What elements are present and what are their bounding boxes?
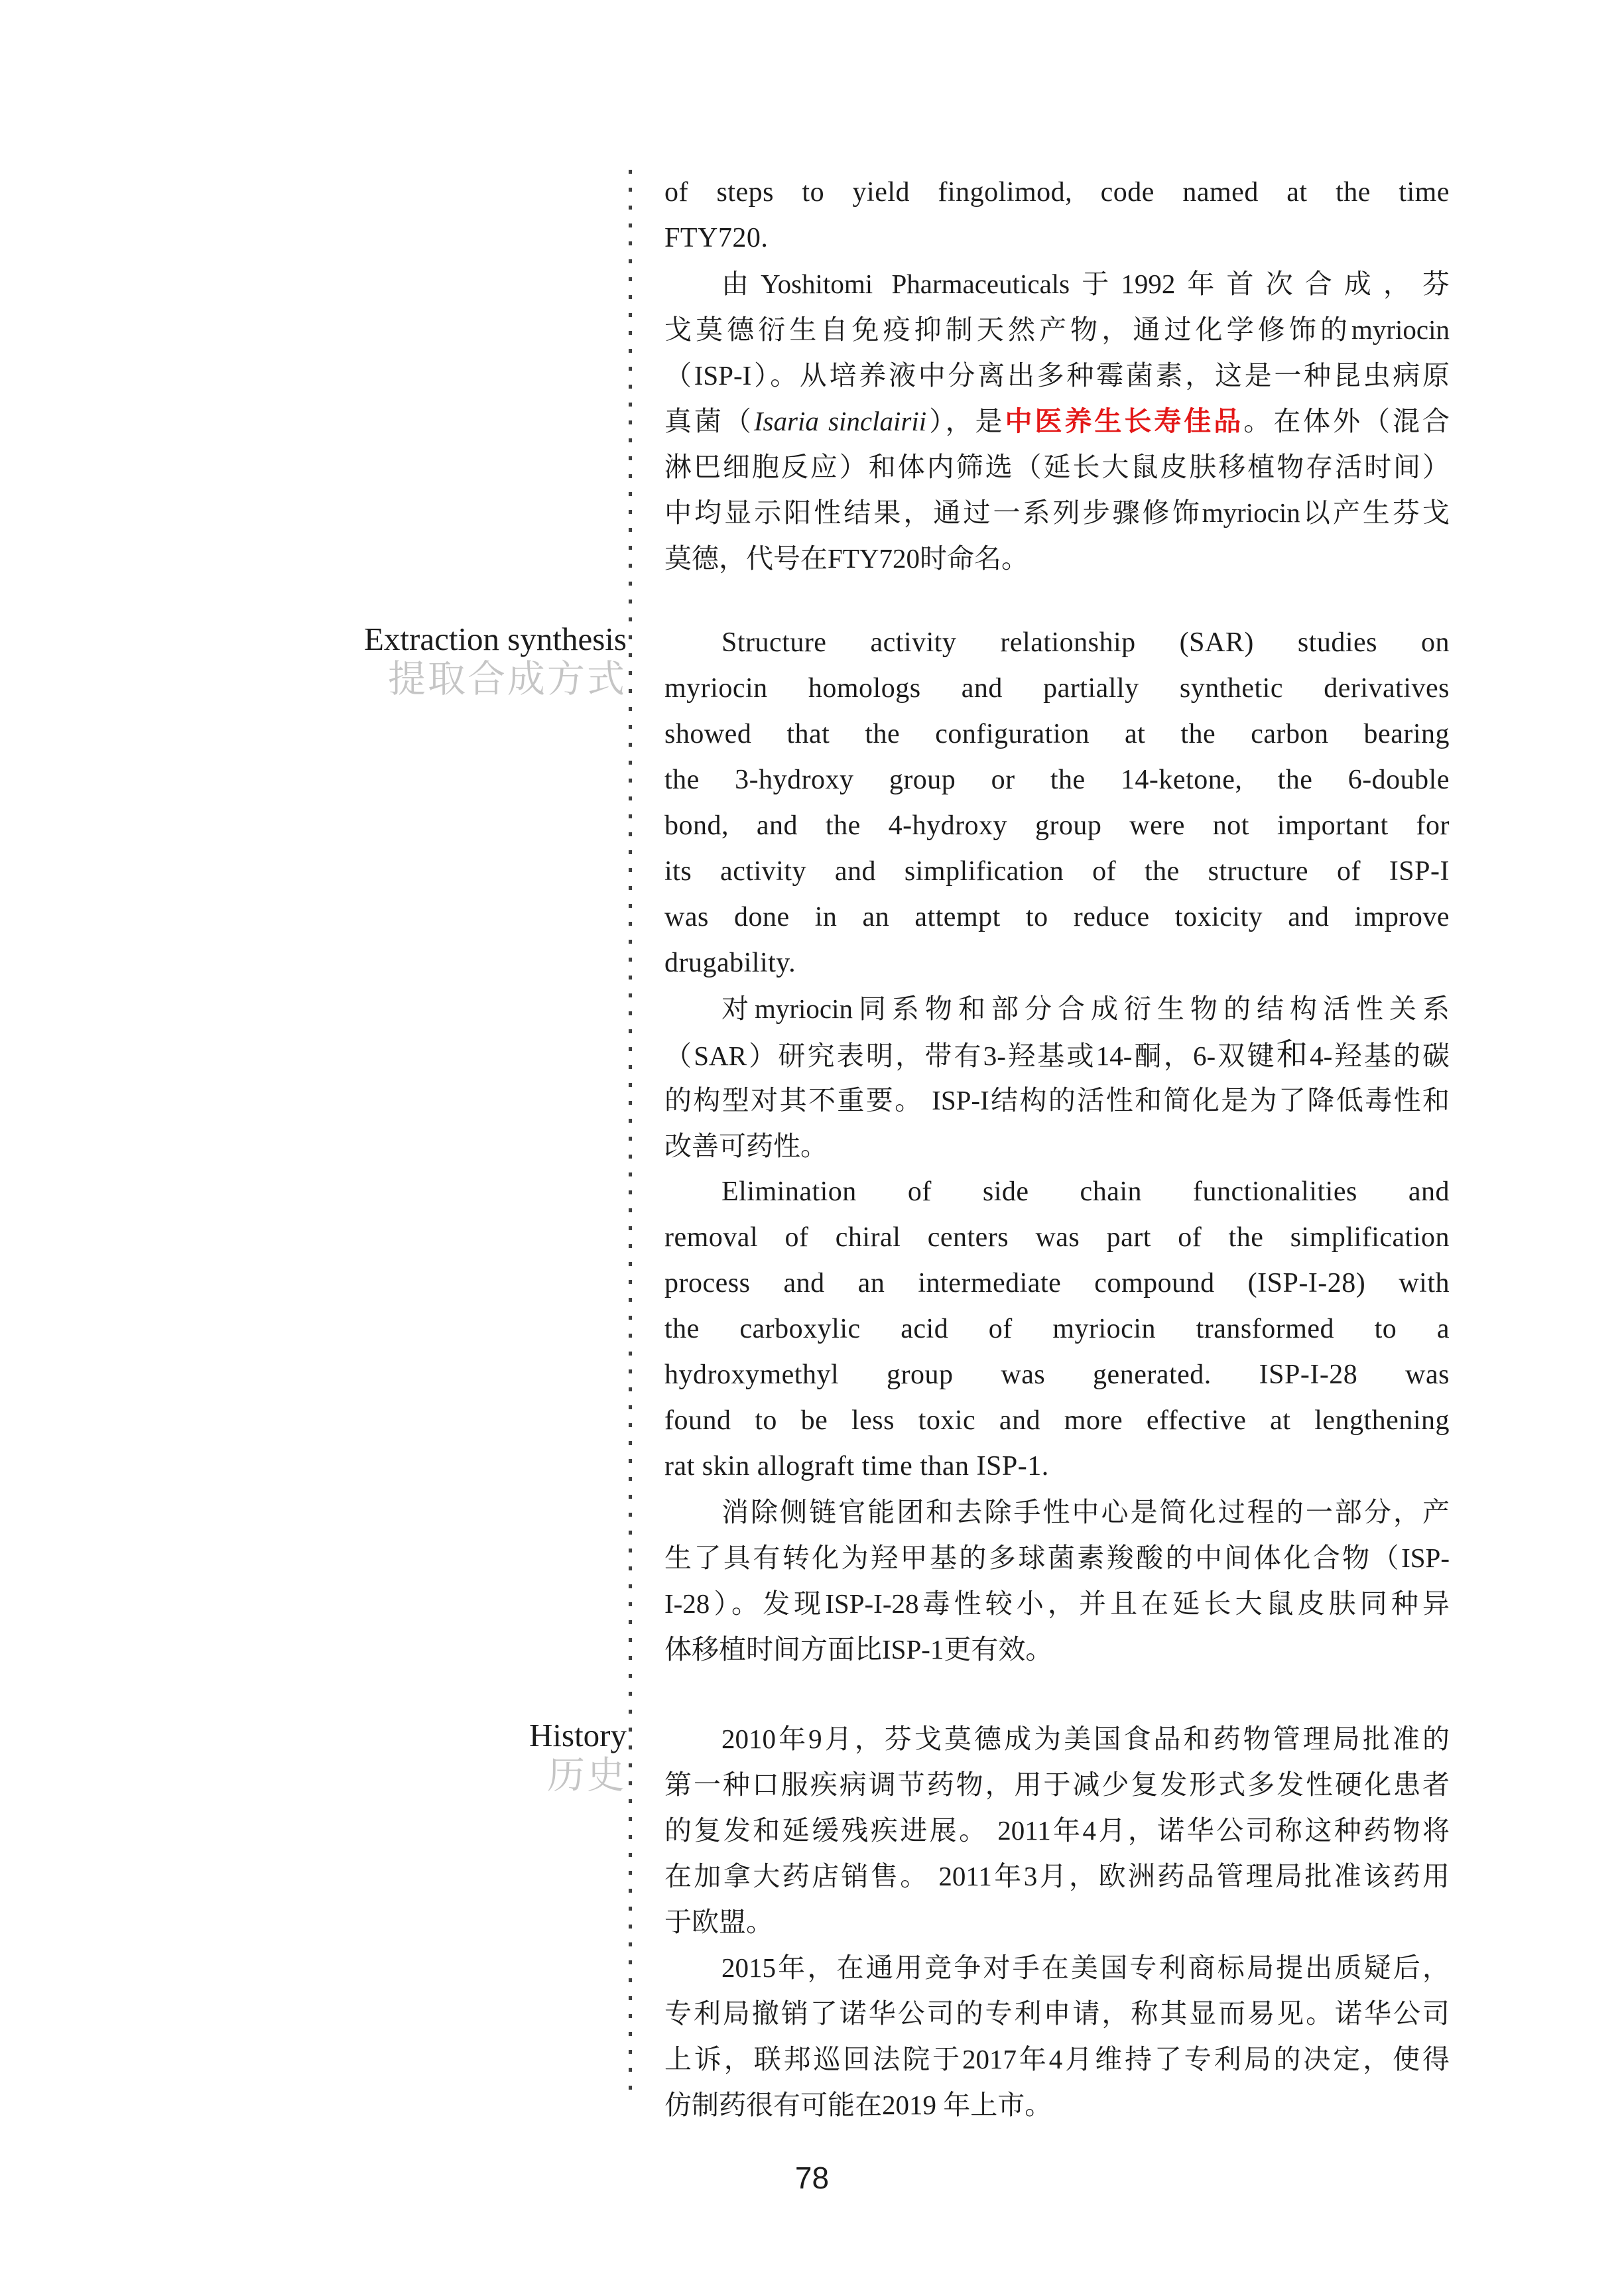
text-run: Elimination of side chain functionalitie… — [721, 1176, 1450, 1207]
text-run: 戈莫德衍生自免疫抑制天然产物，通过化学修饰的myriocin — [664, 314, 1450, 345]
text-run: 消除侧链官能团和去除手性中心是简化过程的一部分，产 — [721, 1497, 1450, 1527]
text-run: 改善可药性。 — [664, 1131, 828, 1161]
text-run: 对myriocin同系物和部分合成衍生物的结构活性关系 — [721, 993, 1450, 1024]
text-line: FTY720. — [664, 216, 1450, 261]
section-label-extraction-zh: 提取合成方式 — [96, 659, 627, 701]
text-run: 。在体外（混合 — [1243, 406, 1450, 436]
text-run: I-28）。发现ISP-I-28毒性较小，并且在延长大鼠皮肤同种异 — [664, 1588, 1450, 1619]
text-run: （ISP-I）。从培养液中分离出多种霉菌素，这是一种昆虫病原 — [664, 360, 1450, 391]
text-line: rat skin allograft time than ISP-1. — [664, 1444, 1450, 1489]
text-line: myriocin homologs and partially syntheti… — [664, 666, 1450, 712]
text-line: Elimination of side chain functionalitie… — [664, 1169, 1450, 1215]
text-run: 第一种口服疾病调节药物，用于减少复发形式多发性硬化患者 — [664, 1769, 1450, 1800]
paragraph: 对myriocin同系物和部分合成衍生物的结构活性关系（SAR）研究表明，带有3… — [664, 986, 1450, 1169]
text-run: 淋巴细胞反应）和体内筛选（延长大鼠皮肤移植物存活时间） — [664, 452, 1450, 482]
text-line: （SAR）研究表明，带有3-羟基或14-酮，6-双键和4-羟基的碳 — [664, 1032, 1450, 1078]
paragraph: 消除侧链官能团和去除手性中心是简化过程的一部分，产生了具有转化为羟甲基的多球菌素… — [664, 1489, 1450, 1673]
text-line: 的复发和延缓残疾进展。 2011年4月，诺华公司称这种药物将 — [664, 1808, 1450, 1854]
highlighted-red-text: 中医养生长寿佳品 — [1005, 406, 1244, 436]
text-line: I-28）。发现ISP-I-28毒性较小，并且在延长大鼠皮肤同种异 — [664, 1581, 1450, 1627]
text-run: showed that the configuration at the car… — [664, 719, 1450, 749]
text-run: drugability. — [664, 948, 796, 978]
text-run: bond, and the 4-hydroxy group were not i… — [664, 810, 1450, 841]
paragraph: 由Yoshitomi Pharmaceuticals于1992年首次合成，芬戈莫… — [664, 261, 1450, 582]
text-run: 的构型对其不重要。 ISP-I结构的活性和简化是为了降低毒性和 — [664, 1085, 1450, 1115]
text-line: 莫德，代号在FTY720时命名。 — [664, 536, 1450, 582]
text-line: 改善可药性。 — [664, 1123, 1450, 1169]
text-run: the carboxylic acid of myriocin transfor… — [664, 1314, 1450, 1344]
paragraph: Structure activity relationship (SAR) st… — [664, 620, 1450, 986]
text-column: of steps to yield fingolimod, code named… — [664, 170, 1450, 2128]
section-label-history-en: History — [96, 1716, 627, 1755]
text-line: hydroxymethyl group was generated. ISP-I… — [664, 1352, 1450, 1398]
text-run: the 3-hydroxy group or the 14-ketone, th… — [664, 765, 1450, 795]
text-line: 生了具有转化为羟甲基的多球菌素羧酸的中间体化合物（ISP- — [664, 1535, 1450, 1581]
text-line: process and an intermediate compound (IS… — [664, 1261, 1450, 1306]
text-run: （SAR）研究表明，带有3-羟基或14-酮，6-双键 — [664, 1041, 1277, 1071]
text-line: 2015年，在通用竞争对手在美国专利商标局提出质疑后， — [664, 1945, 1450, 1991]
paragraph: of steps to yield fingolimod, code named… — [664, 170, 1450, 261]
text-run: of steps to yield fingolimod, code named… — [664, 177, 1450, 208]
text-run: 中均显示阳性结果，通过一系列步骤修饰myriocin以产生芬戈 — [664, 497, 1450, 528]
text-run: 在加拿大药店销售。 2011年3月，欧洲药品管理局批准该药用 — [664, 1861, 1450, 1891]
paragraph: 2015年，在通用竞争对手在美国专利商标局提出质疑后，专利局撤销了诺华公司的专利… — [664, 1945, 1450, 2128]
italic-species-name: Isaria sinclairii — [754, 406, 926, 436]
text-run: 上诉，联邦巡回法院于2017年4月维持了专利局的决定，使得 — [664, 2044, 1450, 2074]
text-run: 仿制药很有可能在2019 年上市。 — [664, 2090, 1052, 2120]
text-run: 2015年，在通用竞争对手在美国专利商标局提出质疑后， — [721, 1952, 1450, 1983]
text-line: the carboxylic acid of myriocin transfor… — [664, 1306, 1450, 1352]
section-label-extraction-en: Extraction synthesis — [96, 620, 627, 659]
text-line: 第一种口服疾病调节药物，用于减少复发形式多发性硬化患者 — [664, 1762, 1450, 1808]
section-label-extraction: Extraction synthesis 提取合成方式 — [96, 620, 627, 701]
text-line: found to be less toxic and more effectiv… — [664, 1398, 1450, 1444]
text-line: the 3-hydroxy group or the 14-ketone, th… — [664, 757, 1450, 803]
text-line: （ISP-I）。从培养液中分离出多种霉菌素，这是一种昆虫病原 — [664, 353, 1450, 399]
text-line: 的构型对其不重要。 ISP-I结构的活性和简化是为了降低毒性和 — [664, 1078, 1450, 1123]
text-run: hydroxymethyl group was generated. ISP-I… — [664, 1360, 1450, 1390]
text-line: 真菌（Isaria sinclairii），是中医养生长寿佳品。在体外（混合 — [664, 399, 1450, 444]
text-run: Structure activity relationship (SAR) st… — [721, 627, 1450, 658]
text-line: 2010年9月，芬戈莫德成为美国食品和药物管理局批准的 — [664, 1716, 1450, 1762]
text-run: 于欧盟。 — [664, 1907, 773, 1937]
text-line: 戈莫德衍生自免疫抑制天然产物，通过化学修饰的myriocin — [664, 307, 1450, 353]
text-line: 对myriocin同系物和部分合成衍生物的结构活性关系 — [664, 986, 1450, 1032]
text-line: drugability. — [664, 940, 1450, 986]
text-run: 莫德，代号在FTY720时命名。 — [664, 543, 1029, 574]
text-run: 由Yoshitomi Pharmaceuticals于1992年首次合成，芬 — [721, 269, 1450, 299]
text-run: its activity and simplification of the s… — [664, 856, 1450, 887]
text-run: process and an intermediate compound (IS… — [664, 1268, 1450, 1298]
text-run: ），是 — [926, 406, 1005, 436]
text-run: 专利局撤销了诺华公司的专利申请，称其显而易见。诺华公司 — [664, 1998, 1450, 2029]
text-line: 消除侧链官能团和去除手性中心是简化过程的一部分，产 — [664, 1489, 1450, 1535]
text-run: myriocin homologs and partially syntheti… — [664, 673, 1450, 704]
text-line: 淋巴细胞反应）和体内筛选（延长大鼠皮肤移植物存活时间） — [664, 444, 1450, 490]
text-line: 上诉，联邦巡回法院于2017年4月维持了专利局的决定，使得 — [664, 2037, 1450, 2082]
section-label-history-zh: 历史 — [96, 1755, 627, 1797]
text-line: 仿制药很有可能在2019 年上市。 — [664, 2082, 1450, 2128]
text-line: showed that the configuration at the car… — [664, 712, 1450, 757]
text-line: 于欧盟。 — [664, 1899, 1450, 1945]
text-run: 体移植时间方面比ISP-1更有效。 — [664, 1634, 1052, 1665]
page-number: 78 — [0, 2161, 1624, 2195]
text-run: 和 — [1277, 1037, 1310, 1073]
text-run: 生了具有转化为羟甲基的多球菌素羧酸的中间体化合物（ISP- — [664, 1543, 1450, 1573]
text-line: 在加拿大药店销售。 2011年3月，欧洲药品管理局批准该药用 — [664, 1854, 1450, 1899]
text-run: FTY720. — [664, 223, 768, 253]
text-line: was done in an attempt to reduce toxicit… — [664, 895, 1450, 940]
paragraph: 2010年9月，芬戈莫德成为美国食品和药物管理局批准的第一种口服疾病调节药物，用… — [664, 1716, 1450, 1945]
text-line: of steps to yield fingolimod, code named… — [664, 170, 1450, 216]
text-run: removal of chiral centers was part of th… — [664, 1222, 1450, 1253]
document-page: Extraction synthesis 提取合成方式 History 历史 o… — [0, 0, 1624, 2278]
text-line: 由Yoshitomi Pharmaceuticals于1992年首次合成，芬 — [664, 261, 1450, 307]
text-run: 真菌（ — [664, 406, 754, 436]
text-line: 中均显示阳性结果，通过一系列步骤修饰myriocin以产生芬戈 — [664, 490, 1450, 536]
vertical-dotted-divider — [629, 170, 632, 2096]
text-run: was done in an attempt to reduce toxicit… — [664, 902, 1450, 932]
text-line: bond, and the 4-hydroxy group were not i… — [664, 803, 1450, 849]
text-run: 的复发和延缓残疾进展。 2011年4月，诺华公司称这种药物将 — [664, 1815, 1450, 1846]
text-line: 体移植时间方面比ISP-1更有效。 — [664, 1627, 1450, 1673]
text-line: Structure activity relationship (SAR) st… — [664, 620, 1450, 666]
paragraph: Elimination of side chain functionalitie… — [664, 1169, 1450, 1489]
text-line: removal of chiral centers was part of th… — [664, 1215, 1450, 1261]
text-run: 2010年9月，芬戈莫德成为美国食品和药物管理局批准的 — [721, 1724, 1450, 1754]
text-run: rat skin allograft time than ISP-1. — [664, 1451, 1049, 1482]
text-line: 专利局撤销了诺华公司的专利申请，称其显而易见。诺华公司 — [664, 1991, 1450, 2037]
text-run: 4-羟基的碳 — [1310, 1041, 1450, 1071]
text-line: its activity and simplification of the s… — [664, 849, 1450, 895]
text-run: found to be less toxic and more effectiv… — [664, 1405, 1450, 1436]
section-label-history: History 历史 — [96, 1716, 627, 1797]
